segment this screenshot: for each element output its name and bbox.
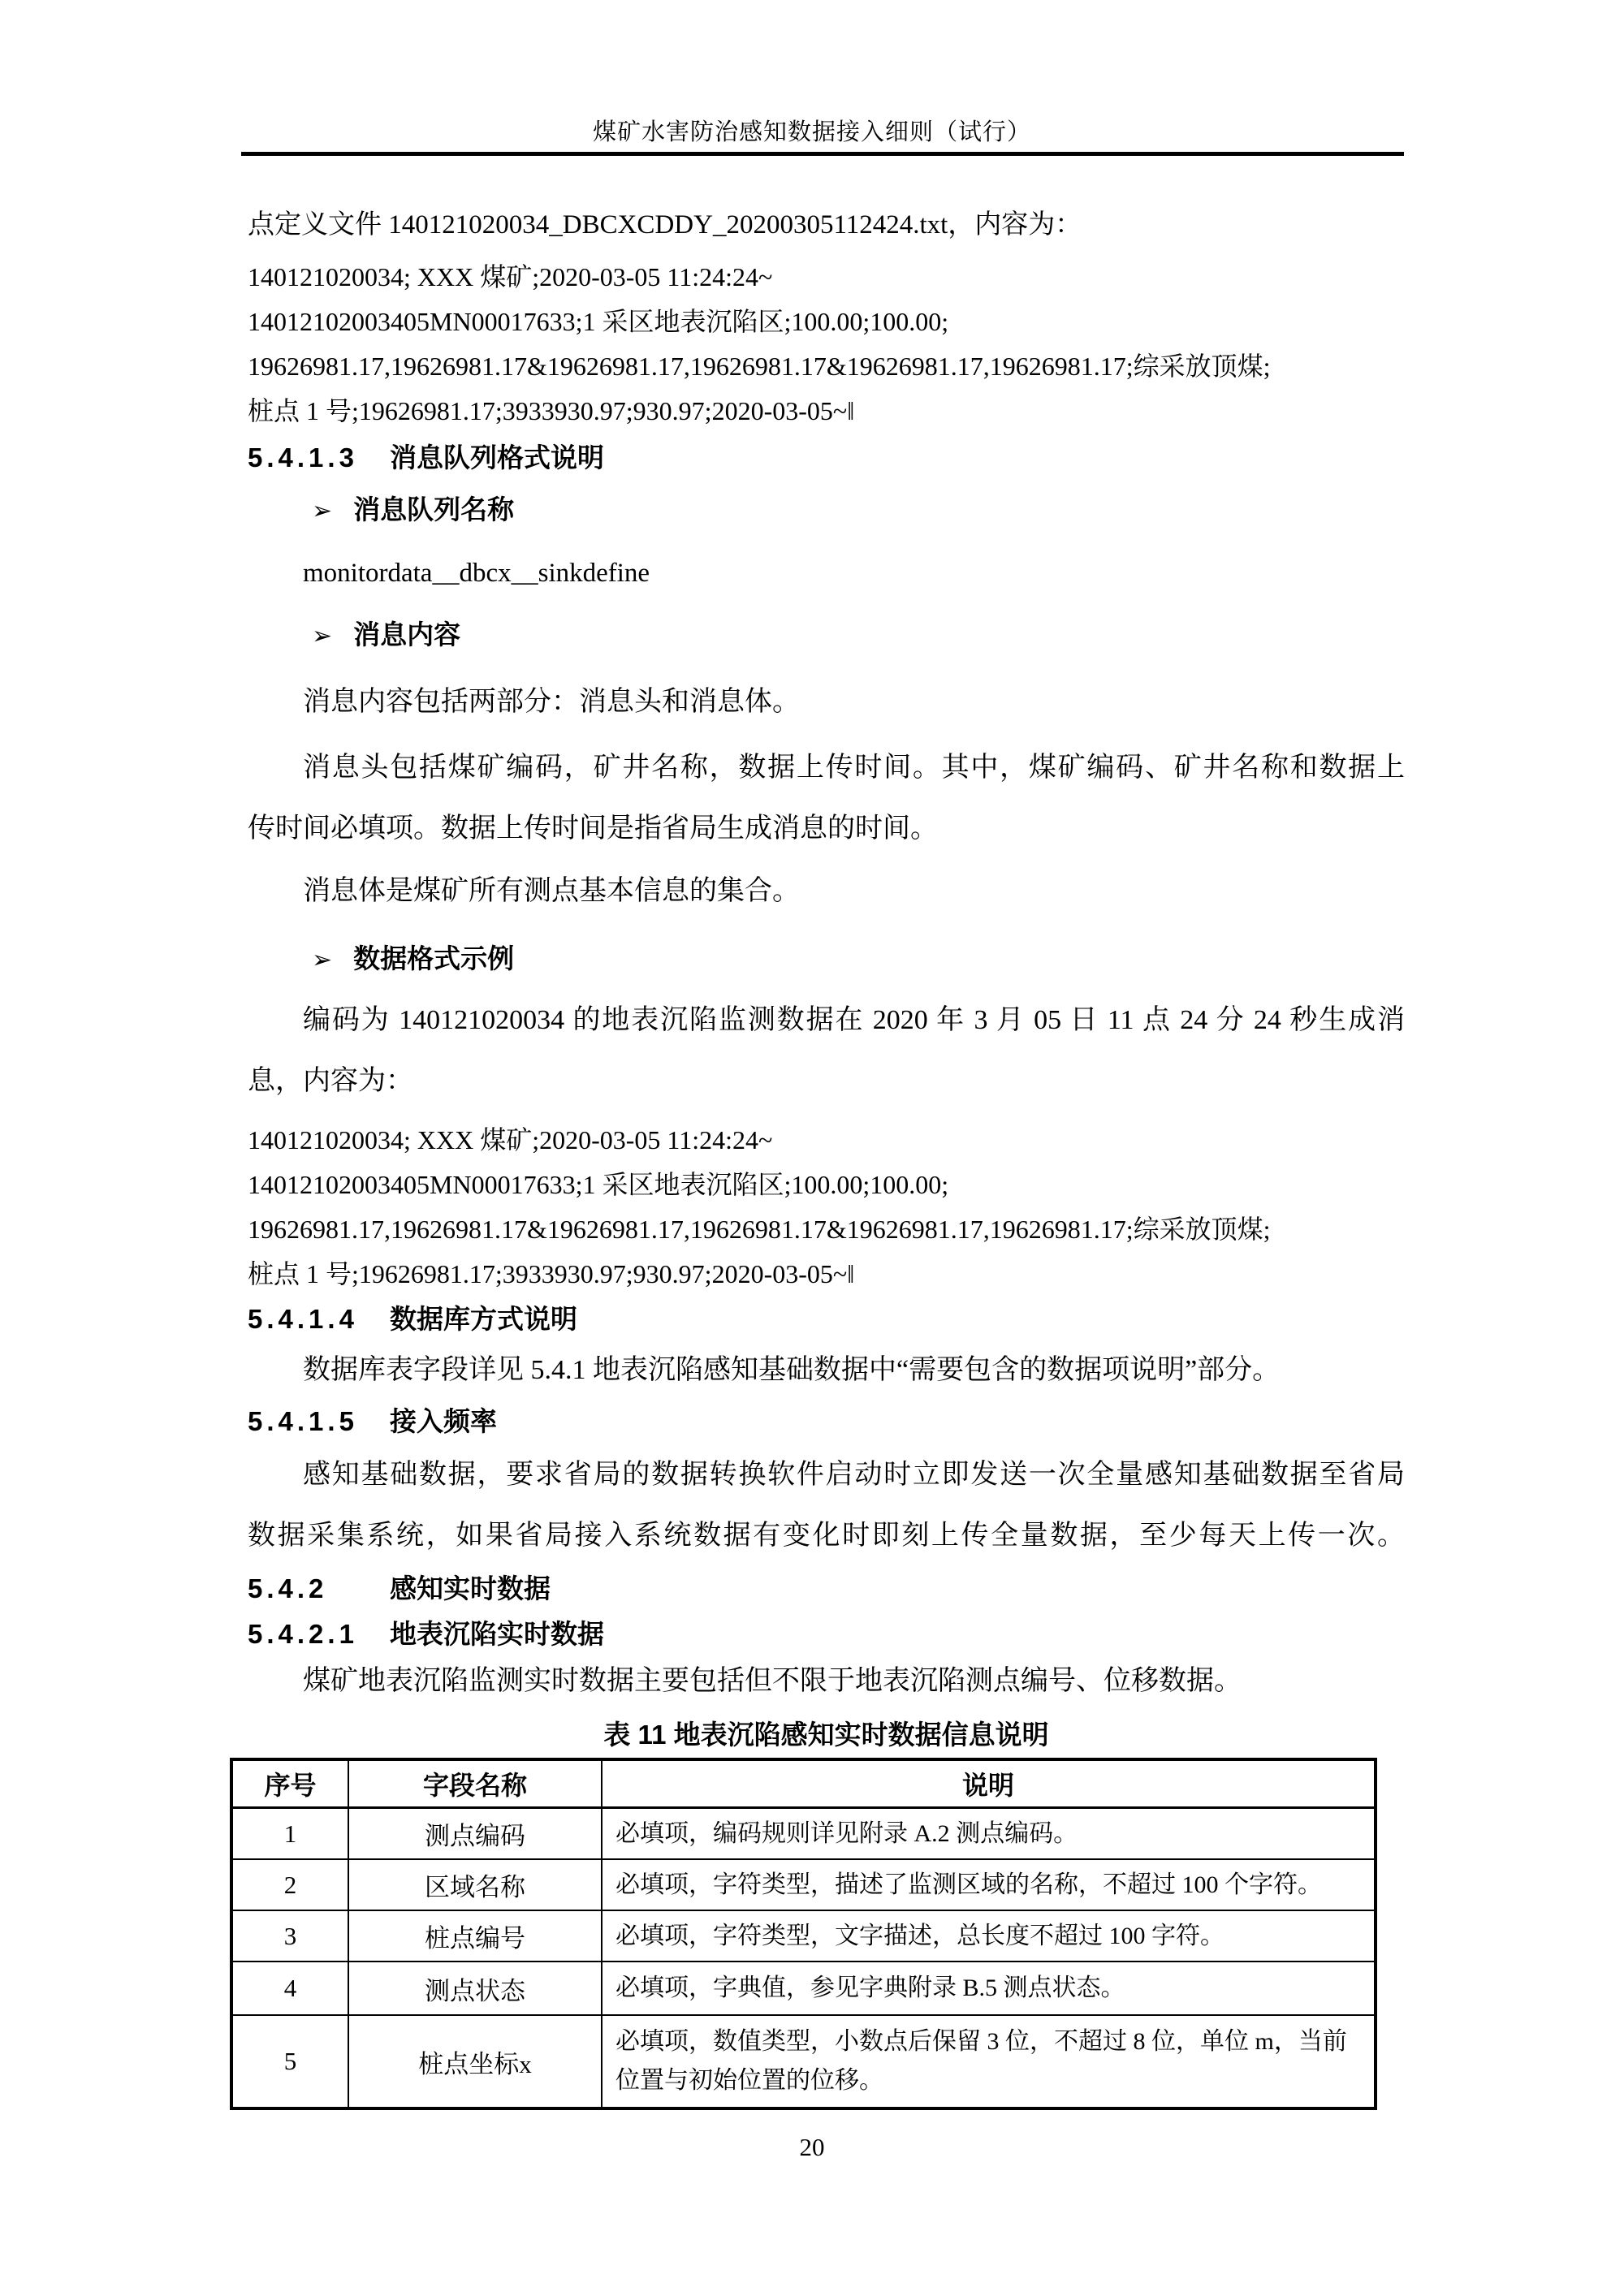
section-title: 消息队列格式说明	[390, 442, 604, 473]
section-heading-5-4-1-5: 5.4.1.5接入频率	[248, 1399, 1405, 1444]
bullet-label: 数据格式示例	[353, 943, 514, 973]
data-line: 桩点 1 号;19626981.17;3933930.97;930.97;202…	[248, 1252, 1405, 1297]
cell-field: 测点编码	[348, 1808, 602, 1860]
bullet-label: 消息内容	[353, 619, 460, 650]
data-line: 140121020034; XXX 煤矿;2020-03-05 11:24:24…	[248, 255, 1405, 300]
data-line: 140121020034; XXX 煤矿;2020-03-05 11:24:24…	[248, 1118, 1405, 1163]
page-content: 点定义文件 140121020034_DBCXCDDY_202003051124…	[248, 201, 1405, 2110]
arrow-bullet-icon: ➢	[312, 622, 332, 650]
table-row: 3 桩点编号 必填项，字符类型，文字描述，总长度不超过 100 字符。	[231, 1910, 1376, 1962]
queue-name-value: monitordata__dbcx__sinkdefine	[303, 550, 1405, 596]
table-header-row: 序号 字段名称 说明	[231, 1759, 1376, 1808]
cell-description: 必填项，编码规则详见附录 A.2 测点编码。	[602, 1808, 1376, 1860]
table-caption: 表 11 地表沉陷感知实时数据信息说明	[248, 1712, 1405, 1758]
section-number: 5.4.2.1	[248, 1612, 390, 1657]
paragraph-line: 编码为 140121020034 的地表沉陷监测数据在 2020 年 3 月 0…	[248, 990, 1405, 1051]
paragraph-database: 数据库表字段详见 5.4.1 地表沉陷感知基础数据中“需要包含的数据项说明”部分…	[248, 1346, 1405, 1395]
cell-description: 必填项，字符类型，描述了监测区域的名称，不超过 100 个字符。	[602, 1859, 1376, 1910]
cell-index: 5	[231, 2015, 348, 2108]
data-sample-block-2: 140121020034; XXX 煤矿;2020-03-05 11:24:24…	[248, 1118, 1405, 1297]
cell-field: 测点状态	[348, 1962, 602, 2015]
paragraph-line: 感知基础数据，要求省局的数据转换软件启动时立即发送一次全量感知基础数据至省局	[248, 1444, 1405, 1505]
section-number: 5.4.2	[248, 1566, 390, 1612]
cell-field: 桩点坐标x	[348, 2015, 602, 2108]
section-title: 感知实时数据	[390, 1573, 551, 1603]
paragraph-message-body: 消息体是煤矿所有测点基本信息的集合。	[248, 861, 1405, 921]
section-heading-5-4-2: 5.4.2感知实时数据	[248, 1566, 1405, 1612]
section-title: 接入频率	[390, 1406, 497, 1436]
paragraph-line: 息，内容为：	[248, 1051, 1405, 1111]
data-line: 19626981.17,19626981.17&19626981.17,1962…	[248, 1207, 1405, 1252]
data-line: 14012102003405MN00017633;1 采区地表沉陷区;100.0…	[248, 1163, 1405, 1207]
data-line: 19626981.17,19626981.17&19626981.17,1962…	[248, 344, 1405, 389]
bullet-item-message-content: ➢消息内容	[248, 612, 1405, 659]
cell-index: 1	[231, 1808, 348, 1860]
table-row: 2 区域名称 必填项，字符类型，描述了监测区域的名称，不超过 100 个字符。	[231, 1859, 1376, 1910]
paragraph-frequency: 感知基础数据，要求省局的数据转换软件启动时立即发送一次全量感知基础数据至省局 数…	[248, 1444, 1405, 1566]
bullet-item-data-format-example: ➢数据格式示例	[248, 936, 1405, 983]
section-title: 数据库方式说明	[390, 1304, 577, 1334]
table-row: 5 桩点坐标x 必填项，数值类型，小数点后保留 3 位，不超过 8 位，单位 m…	[231, 2015, 1376, 2108]
section-number: 5.4.1.5	[248, 1399, 390, 1444]
data-line: 14012102003405MN00017633;1 采区地表沉陷区;100.0…	[248, 300, 1405, 344]
table-11: 序号 字段名称 说明 1 测点编码 必填项，编码规则详见附录 A.2 测点编码。…	[230, 1758, 1377, 2110]
bullet-item-queue-name: ➢消息队列名称	[248, 487, 1405, 534]
section-heading-5-4-2-1: 5.4.2.1地表沉陷实时数据	[248, 1612, 1405, 1657]
paragraph-example: 编码为 140121020034 的地表沉陷监测数据在 2020 年 3 月 0…	[248, 990, 1405, 1111]
cell-index: 2	[231, 1859, 348, 1910]
cell-index: 4	[231, 1962, 348, 2015]
cell-description: 必填项，字典值，参见字典附录 B.5 测点状态。	[602, 1962, 1376, 2015]
section-heading-5-4-1-3: 5.4.1.3消息队列格式说明	[248, 435, 1405, 481]
paragraph-line: 消息头包括煤矿编码，矿井名称，数据上传时间。其中，煤矿编码、矿井名称和数据上	[248, 737, 1405, 798]
cell-description: 必填项，字符类型，文字描述，总长度不超过 100 字符。	[602, 1910, 1376, 1962]
bullet-label: 消息队列名称	[353, 494, 514, 524]
page-number: 20	[0, 2129, 1624, 2166]
cell-index: 3	[231, 1910, 348, 1962]
page-header-title: 煤矿水害防治感知数据接入细则（试行）	[0, 114, 1624, 147]
column-header-desc: 说明	[602, 1759, 1376, 1808]
arrow-bullet-icon: ➢	[312, 946, 332, 974]
paragraph-message-head: 消息头包括煤矿编码，矿井名称，数据上传时间。其中，煤矿编码、矿井名称和数据上 传…	[248, 737, 1405, 859]
section-heading-5-4-1-4: 5.4.1.4数据库方式说明	[248, 1297, 1405, 1342]
column-header-field: 字段名称	[348, 1759, 602, 1808]
data-line: 桩点 1 号;19626981.17;3933930.97;930.97;202…	[248, 389, 1405, 434]
paragraph-realtime: 煤矿地表沉陷监测实时数据主要包括但不限于地表沉陷测点编号、位移数据。	[248, 1657, 1405, 1706]
header-rule	[241, 152, 1404, 156]
cell-description: 必填项，数值类型，小数点后保留 3 位，不超过 8 位，单位 m，当前位置与初始…	[602, 2015, 1376, 2108]
cell-field: 区域名称	[348, 1859, 602, 1910]
paragraph-line: 传时间必填项。数据上传时间是指省局生成消息的时间。	[248, 798, 1405, 859]
paragraph-message-parts: 消息内容包括两部分：消息头和消息体。	[248, 674, 1405, 731]
arrow-bullet-icon: ➢	[312, 497, 332, 525]
section-title: 地表沉陷实时数据	[390, 1619, 604, 1649]
paragraph-line: 数据采集系统，如果省局接入系统数据有变化时即刻上传全量数据，至少每天上传一次。	[248, 1505, 1405, 1566]
column-header-index: 序号	[231, 1759, 348, 1808]
section-number: 5.4.1.3	[248, 435, 390, 481]
cell-field: 桩点编号	[348, 1910, 602, 1962]
document-page: 煤矿水害防治感知数据接入细则（试行） 点定义文件 140121020034_DB…	[0, 0, 1624, 2296]
data-sample-block-1: 140121020034; XXX 煤矿;2020-03-05 11:24:24…	[248, 255, 1405, 434]
table-row: 4 测点状态 必填项，字典值，参见字典附录 B.5 测点状态。	[231, 1962, 1376, 2015]
section-number: 5.4.1.4	[248, 1297, 390, 1342]
table-row: 1 测点编码 必填项，编码规则详见附录 A.2 测点编码。	[231, 1808, 1376, 1860]
paragraph-intro: 点定义文件 140121020034_DBCXCDDY_202003051124…	[248, 201, 1405, 248]
